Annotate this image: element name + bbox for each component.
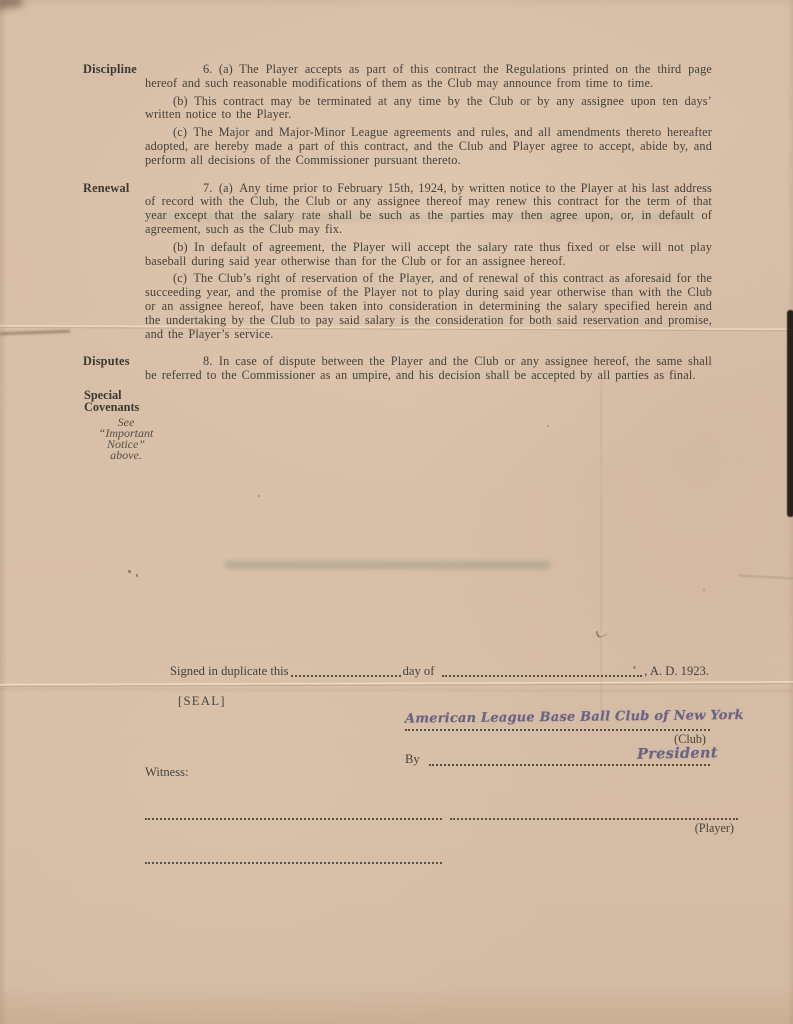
- clause-6a: 6. (a) The Player accepts as part of thi…: [145, 63, 712, 91]
- seal-label: [SEAL]: [178, 694, 226, 709]
- section-special-covenants: Special Covenants See “Important Notice”…: [84, 390, 168, 461]
- special-covenants-note: See “Important Notice” above.: [84, 417, 168, 461]
- paper-speck: [136, 574, 138, 577]
- right-edge-crease: [738, 575, 793, 580]
- month-blank-line: [442, 664, 642, 677]
- clause-7a: 7. (a) Any time prior to February 15th, …: [145, 182, 712, 237]
- paper-speck: [547, 425, 549, 427]
- player-signature-line: [450, 806, 738, 820]
- signed-prefix-text: Signed in duplicate this: [168, 664, 291, 679]
- paper-edge-shading-left: [0, 0, 7, 1024]
- contract-page-scan: Discipline 6. (a) The Player accepts as …: [0, 0, 793, 1024]
- clause-6b: (b) This contract may be terminated at a…: [145, 95, 712, 123]
- president-stamp: President: [637, 744, 718, 762]
- contract-clauses: Discipline 6. (a) The Player accepts as …: [145, 63, 712, 383]
- section-label-disputes: Disputes: [83, 355, 130, 369]
- paper-speck: [128, 570, 131, 573]
- club-signature-block: American League Base Ball Club of New Yo…: [405, 710, 710, 747]
- note-line: above.: [84, 450, 168, 461]
- witness-label: Witness:: [145, 765, 189, 780]
- scan-corner-shadow: [0, 0, 23, 10]
- clause-8: 8. In case of dispute between the Player…: [145, 355, 712, 383]
- section-discipline: Discipline 6. (a) The Player accepts as …: [145, 63, 712, 168]
- ink-bleed-ghost-band: [225, 561, 550, 569]
- day-blank-line: [291, 664, 401, 677]
- vertical-crease: [600, 380, 602, 710]
- section-label-renewal: Renewal: [83, 182, 129, 196]
- club-signature-stamp: American League Base Ball Club of New Yo…: [405, 708, 710, 726]
- fold-crease-lower: [0, 681, 793, 688]
- fold-crease-upper-left-mark: [0, 330, 70, 335]
- by-label: By: [405, 752, 420, 767]
- signed-date-line: Signed in duplicate this day of , A. D. …: [168, 664, 711, 679]
- paper-speck: [258, 495, 260, 497]
- clause-6c: (c) The Major and Major-Minor League agr…: [145, 126, 712, 167]
- paper-speck: [703, 589, 705, 591]
- section-disputes: Disputes 8. In case of dispute between t…: [145, 355, 712, 383]
- witness-signature-line-1: [145, 806, 442, 820]
- witness-signature-line-2: [145, 850, 442, 864]
- fold-crease-lower-shadow: [0, 688, 793, 692]
- day-of-text: day of: [401, 664, 437, 679]
- special-covenants-label-line2: Covenants: [84, 402, 168, 414]
- clause-7b: (b) In default of agreement, the Player …: [145, 241, 712, 269]
- scan-edge-dark-strip: [787, 310, 793, 517]
- section-label-discipline: Discipline: [83, 63, 137, 77]
- player-caption: (Player): [450, 821, 734, 836]
- clause-7c: (c) The Club’s right of reservation of t…: [145, 272, 712, 341]
- year-text: , A. D. 1923.: [642, 664, 711, 679]
- by-president-row: By President: [405, 752, 710, 767]
- section-renewal: Renewal 7. (a) Any time prior to Februar…: [145, 182, 712, 342]
